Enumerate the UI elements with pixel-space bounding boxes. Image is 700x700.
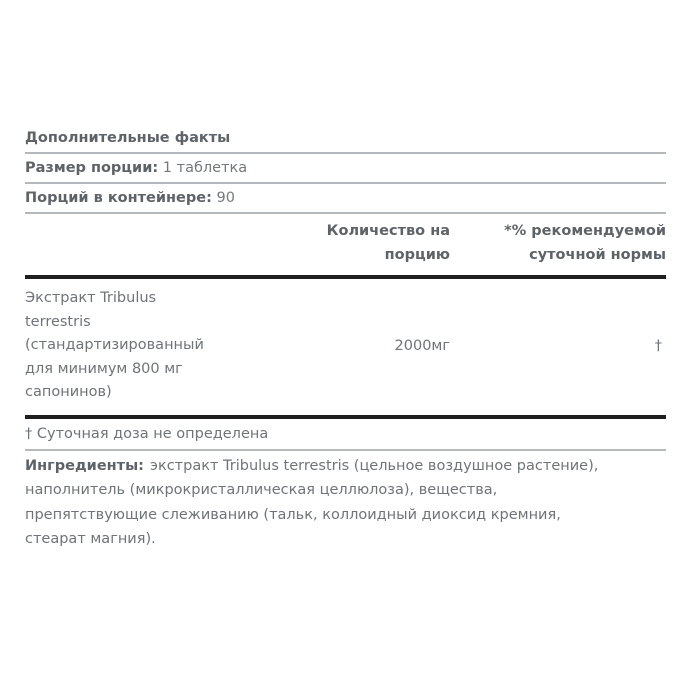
- supplement-facts-panel: Дополнительные факты Размер порции: 1 та…: [25, 124, 666, 552]
- ingredient-name: Экстракт Tribulus terrestris (стандартиз…: [25, 287, 295, 405]
- table-row: Экстракт Tribulus terrestris (стандартиз…: [25, 279, 666, 419]
- ingredient-name-line: для минимум 800 мг: [25, 358, 295, 382]
- ingredient-amount: 2000мг: [295, 338, 450, 354]
- daily-value-header: *% рекомендуемой суточной нормы: [450, 219, 666, 267]
- ingredients-label: Ингредиенты:: [25, 458, 144, 474]
- ingredient-daily-value: †: [450, 338, 666, 354]
- ingredient-name-line: Экстракт Tribulus: [25, 287, 295, 311]
- servings-per-container-value: 90: [217, 190, 235, 206]
- dv-header-line2: суточной нормы: [450, 243, 666, 267]
- amount-per-serving-header: Количество на порцию: [295, 219, 450, 267]
- column-header-row: Количество на порцию *% рекомендуемой су…: [25, 214, 666, 279]
- serving-size-value: 1 таблетка: [163, 160, 247, 176]
- servings-per-container-row: Порций в контейнере: 90: [25, 184, 666, 214]
- amount-header-line2: порцию: [295, 243, 450, 267]
- ingredients-section: Ингредиенты:экстракт Tribulus terrestris…: [25, 451, 625, 552]
- ingredient-name-line: terrestris: [25, 311, 295, 335]
- facts-title: Дополнительные факты: [25, 130, 230, 146]
- facts-title-row: Дополнительные факты: [25, 124, 666, 154]
- amount-header-line1: Количество на: [295, 219, 450, 243]
- ingredient-name-line: сапонинов): [25, 381, 295, 405]
- serving-size-label: Размер порции:: [25, 160, 158, 176]
- servings-per-container-label: Порций в контейнере:: [25, 190, 212, 206]
- serving-size-row: Размер порции: 1 таблетка: [25, 154, 666, 184]
- dv-header-line1: *% рекомендуемой: [450, 219, 666, 243]
- ingredient-name-line: (стандартизированный: [25, 334, 295, 358]
- daily-value-footnote: † Суточная доза не определена: [25, 419, 666, 451]
